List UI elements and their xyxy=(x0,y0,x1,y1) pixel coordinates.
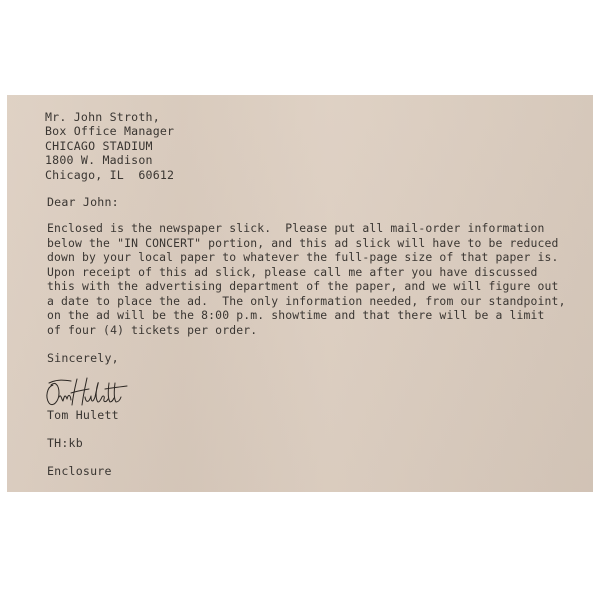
handwritten-signature-icon xyxy=(43,375,133,409)
reference-initials: TH:kb xyxy=(47,436,83,450)
recipient-address: Mr. John Stroth, Box Office Manager CHIC… xyxy=(45,110,174,182)
body-line: down by your local paper to whatever the… xyxy=(47,250,559,264)
address-line: CHICAGO STADIUM xyxy=(45,139,153,153)
body-line: below the "IN CONCERT" portion, and this… xyxy=(47,236,559,250)
address-line: Mr. John Stroth, xyxy=(45,110,160,124)
body-line: a date to place the ad. The only informa… xyxy=(47,294,566,308)
letter-body: Enclosed is the newspaper slick. Please … xyxy=(47,221,566,337)
salutation: Dear John: xyxy=(47,195,119,209)
letter-paper: Mr. John Stroth, Box Office Manager CHIC… xyxy=(7,95,593,492)
address-line: Box Office Manager xyxy=(45,124,174,138)
body-line: Upon receipt of this ad slick, please ca… xyxy=(47,265,538,279)
signer-name: Tom Hulett xyxy=(47,408,119,422)
body-line: on the ad will be the 8:00 p.m. showtime… xyxy=(47,308,545,322)
body-line: this with the advertising department of … xyxy=(47,279,559,293)
address-line: 1800 W. Madison xyxy=(45,153,153,167)
body-line: Enclosed is the newspaper slick. Please … xyxy=(47,221,545,235)
closing: Sincerely, xyxy=(47,351,119,365)
enclosure-notation: Enclosure xyxy=(47,464,112,478)
body-line: of four (4) tickets per order. xyxy=(47,323,257,337)
address-line: Chicago, IL 60612 xyxy=(45,168,174,182)
